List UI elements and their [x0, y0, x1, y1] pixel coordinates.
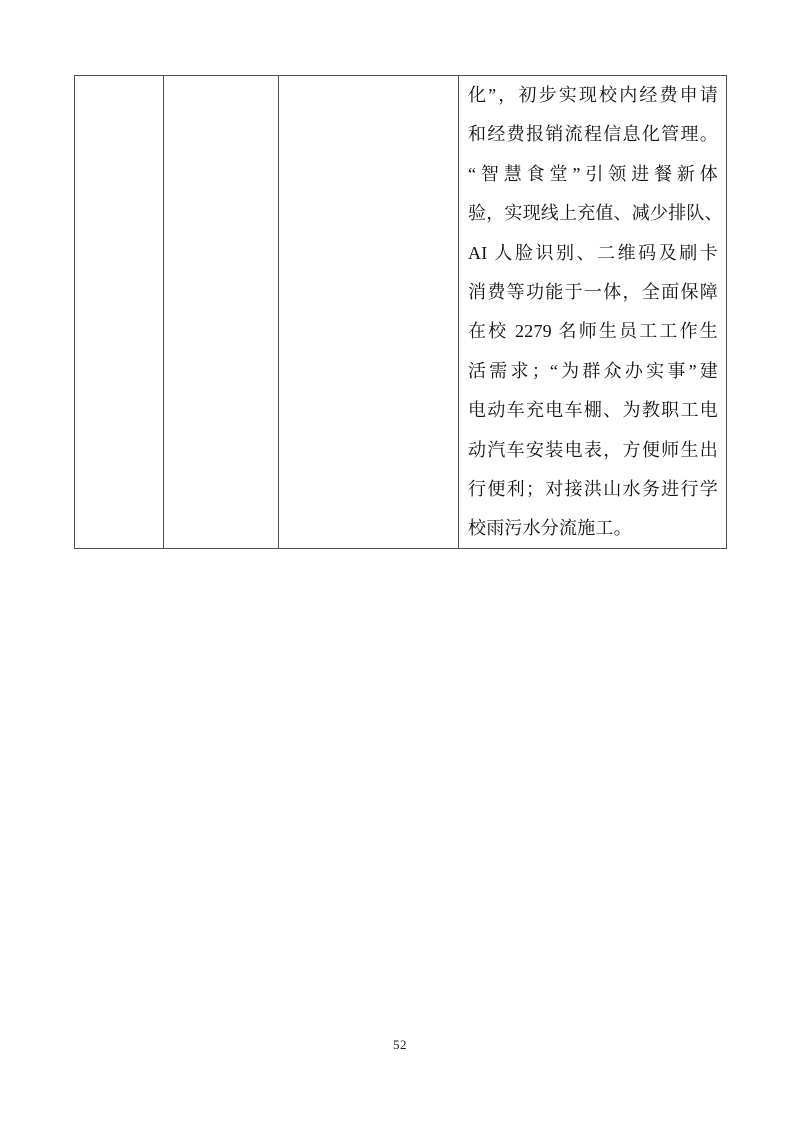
table-text-line: 化”，初步实现校内经费申请 [468, 76, 718, 115]
table-text-line: “智慧食堂”引领进餐新体 [468, 155, 718, 194]
table-text-line: 和经费报销流程信息化管理。 [468, 115, 718, 154]
table-text-line: 动汽车安装电表，方便师生出 [468, 431, 718, 470]
table-content-cell: 化”，初步实现校内经费申请 和经费报销流程信息化管理。 “智慧食堂”引领进餐新体… [459, 76, 726, 548]
table-empty-cell-3 [279, 76, 459, 548]
document-page: 化”，初步实现校内经费申请 和经费报销流程信息化管理。 “智慧食堂”引领进餐新体… [0, 0, 800, 1131]
table-text-line: 验，实现线上充值、减少排队、 [468, 194, 718, 233]
table-empty-cell-2 [164, 76, 279, 548]
table-empty-cell-1 [75, 76, 164, 548]
table-text-line: 活需求；“为群众办实事”建 [468, 352, 718, 391]
table-text-line: 校雨污水分流施工。 [468, 509, 718, 548]
table-text-line: 电动车充电车棚、为教职工电 [468, 391, 718, 430]
table-text-line: 消费等功能于一体，全面保障 [468, 273, 718, 312]
table-text-line: 行便利；对接洪山水务进行学 [468, 470, 718, 509]
page-number: 52 [393, 1037, 407, 1052]
table-text-line: 在校 2279 名师生员工工作生 [468, 312, 718, 351]
page-footer: 52 [0, 1036, 800, 1054]
table-text-line: AI 人脸识别、二维码及刷卡 [468, 234, 718, 273]
document-table: 化”，初步实现校内经费申请 和经费报销流程信息化管理。 “智慧食堂”引领进餐新体… [74, 75, 727, 549]
